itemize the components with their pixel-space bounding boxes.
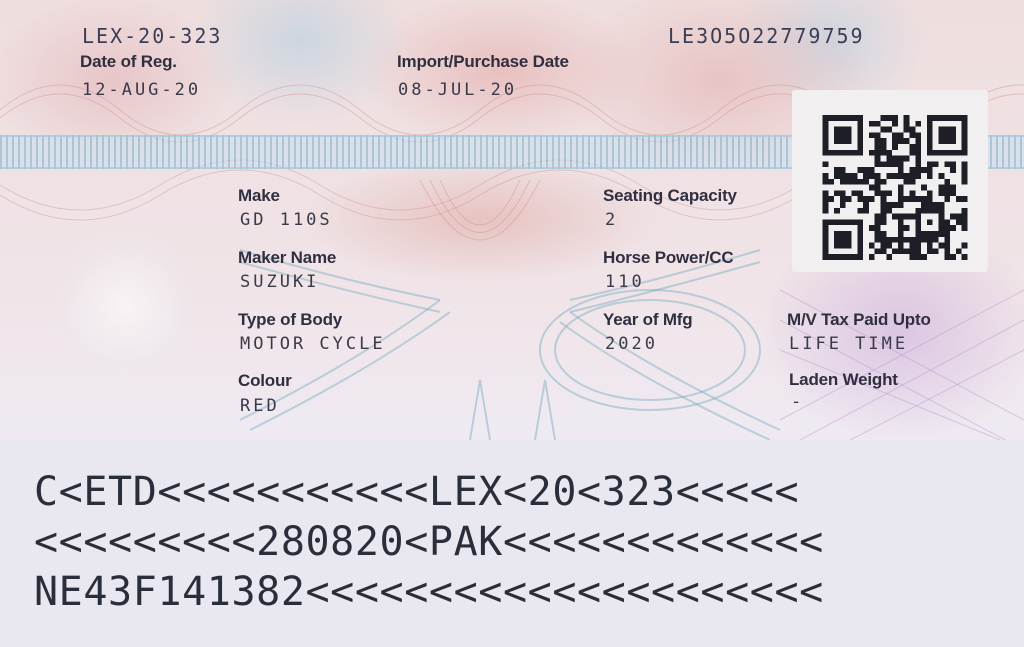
mrz-line-3: NE43F141382<<<<<<<<<<<<<<<<<<<<<: [34, 572, 824, 612]
horse-power-cc-label: Horse Power/CC: [603, 248, 733, 268]
mv-tax-paid-upto-value: LIFE TIME: [789, 334, 908, 354]
registration-number: LEX-20-323: [82, 24, 222, 48]
registration-card: LEX-20-323 LE3O5O22779759 Date of Reg. 1…: [0, 0, 1024, 647]
import-purchase-date-value: 08-JUL-20: [398, 80, 517, 100]
type-of-body-label: Type of Body: [238, 310, 342, 330]
date-of-reg-label: Date of Reg.: [80, 52, 177, 72]
laden-weight-value: -: [791, 392, 804, 412]
make-label: Make: [238, 186, 280, 206]
colour-label: Colour: [238, 371, 292, 391]
year-of-mfg-value: 2020: [605, 334, 658, 354]
maker-name-value: SUZUKI: [240, 272, 319, 292]
maker-name-label: Maker Name: [238, 248, 336, 268]
mrz-line-1: C<ETD<<<<<<<<<<<LEX<20<323<<<<<: [34, 472, 799, 512]
date-of-reg-value: 12-AUG-20: [82, 80, 201, 100]
type-of-body-value: MOTOR CYCLE: [240, 334, 386, 354]
make-value: GD 110S: [240, 210, 333, 230]
colour-value: RED: [240, 396, 280, 416]
mrz-line-2: <<<<<<<<<280820<PAK<<<<<<<<<<<<<: [34, 522, 824, 562]
qr-code-icon: [820, 115, 970, 260]
seating-capacity-value: 2: [605, 210, 618, 230]
year-of-mfg-label: Year of Mfg: [603, 310, 692, 330]
hologram-emblem: [55, 235, 195, 375]
seating-capacity-label: Seating Capacity: [603, 186, 737, 206]
import-purchase-date-label: Import/Purchase Date: [397, 52, 569, 72]
laden-weight-label: Laden Weight: [789, 370, 898, 390]
mv-tax-paid-upto-label: M/V Tax Paid Upto: [787, 310, 931, 330]
horse-power-cc-value: 110: [605, 272, 645, 292]
card-serial-number: LE3O5O22779759: [668, 24, 865, 48]
